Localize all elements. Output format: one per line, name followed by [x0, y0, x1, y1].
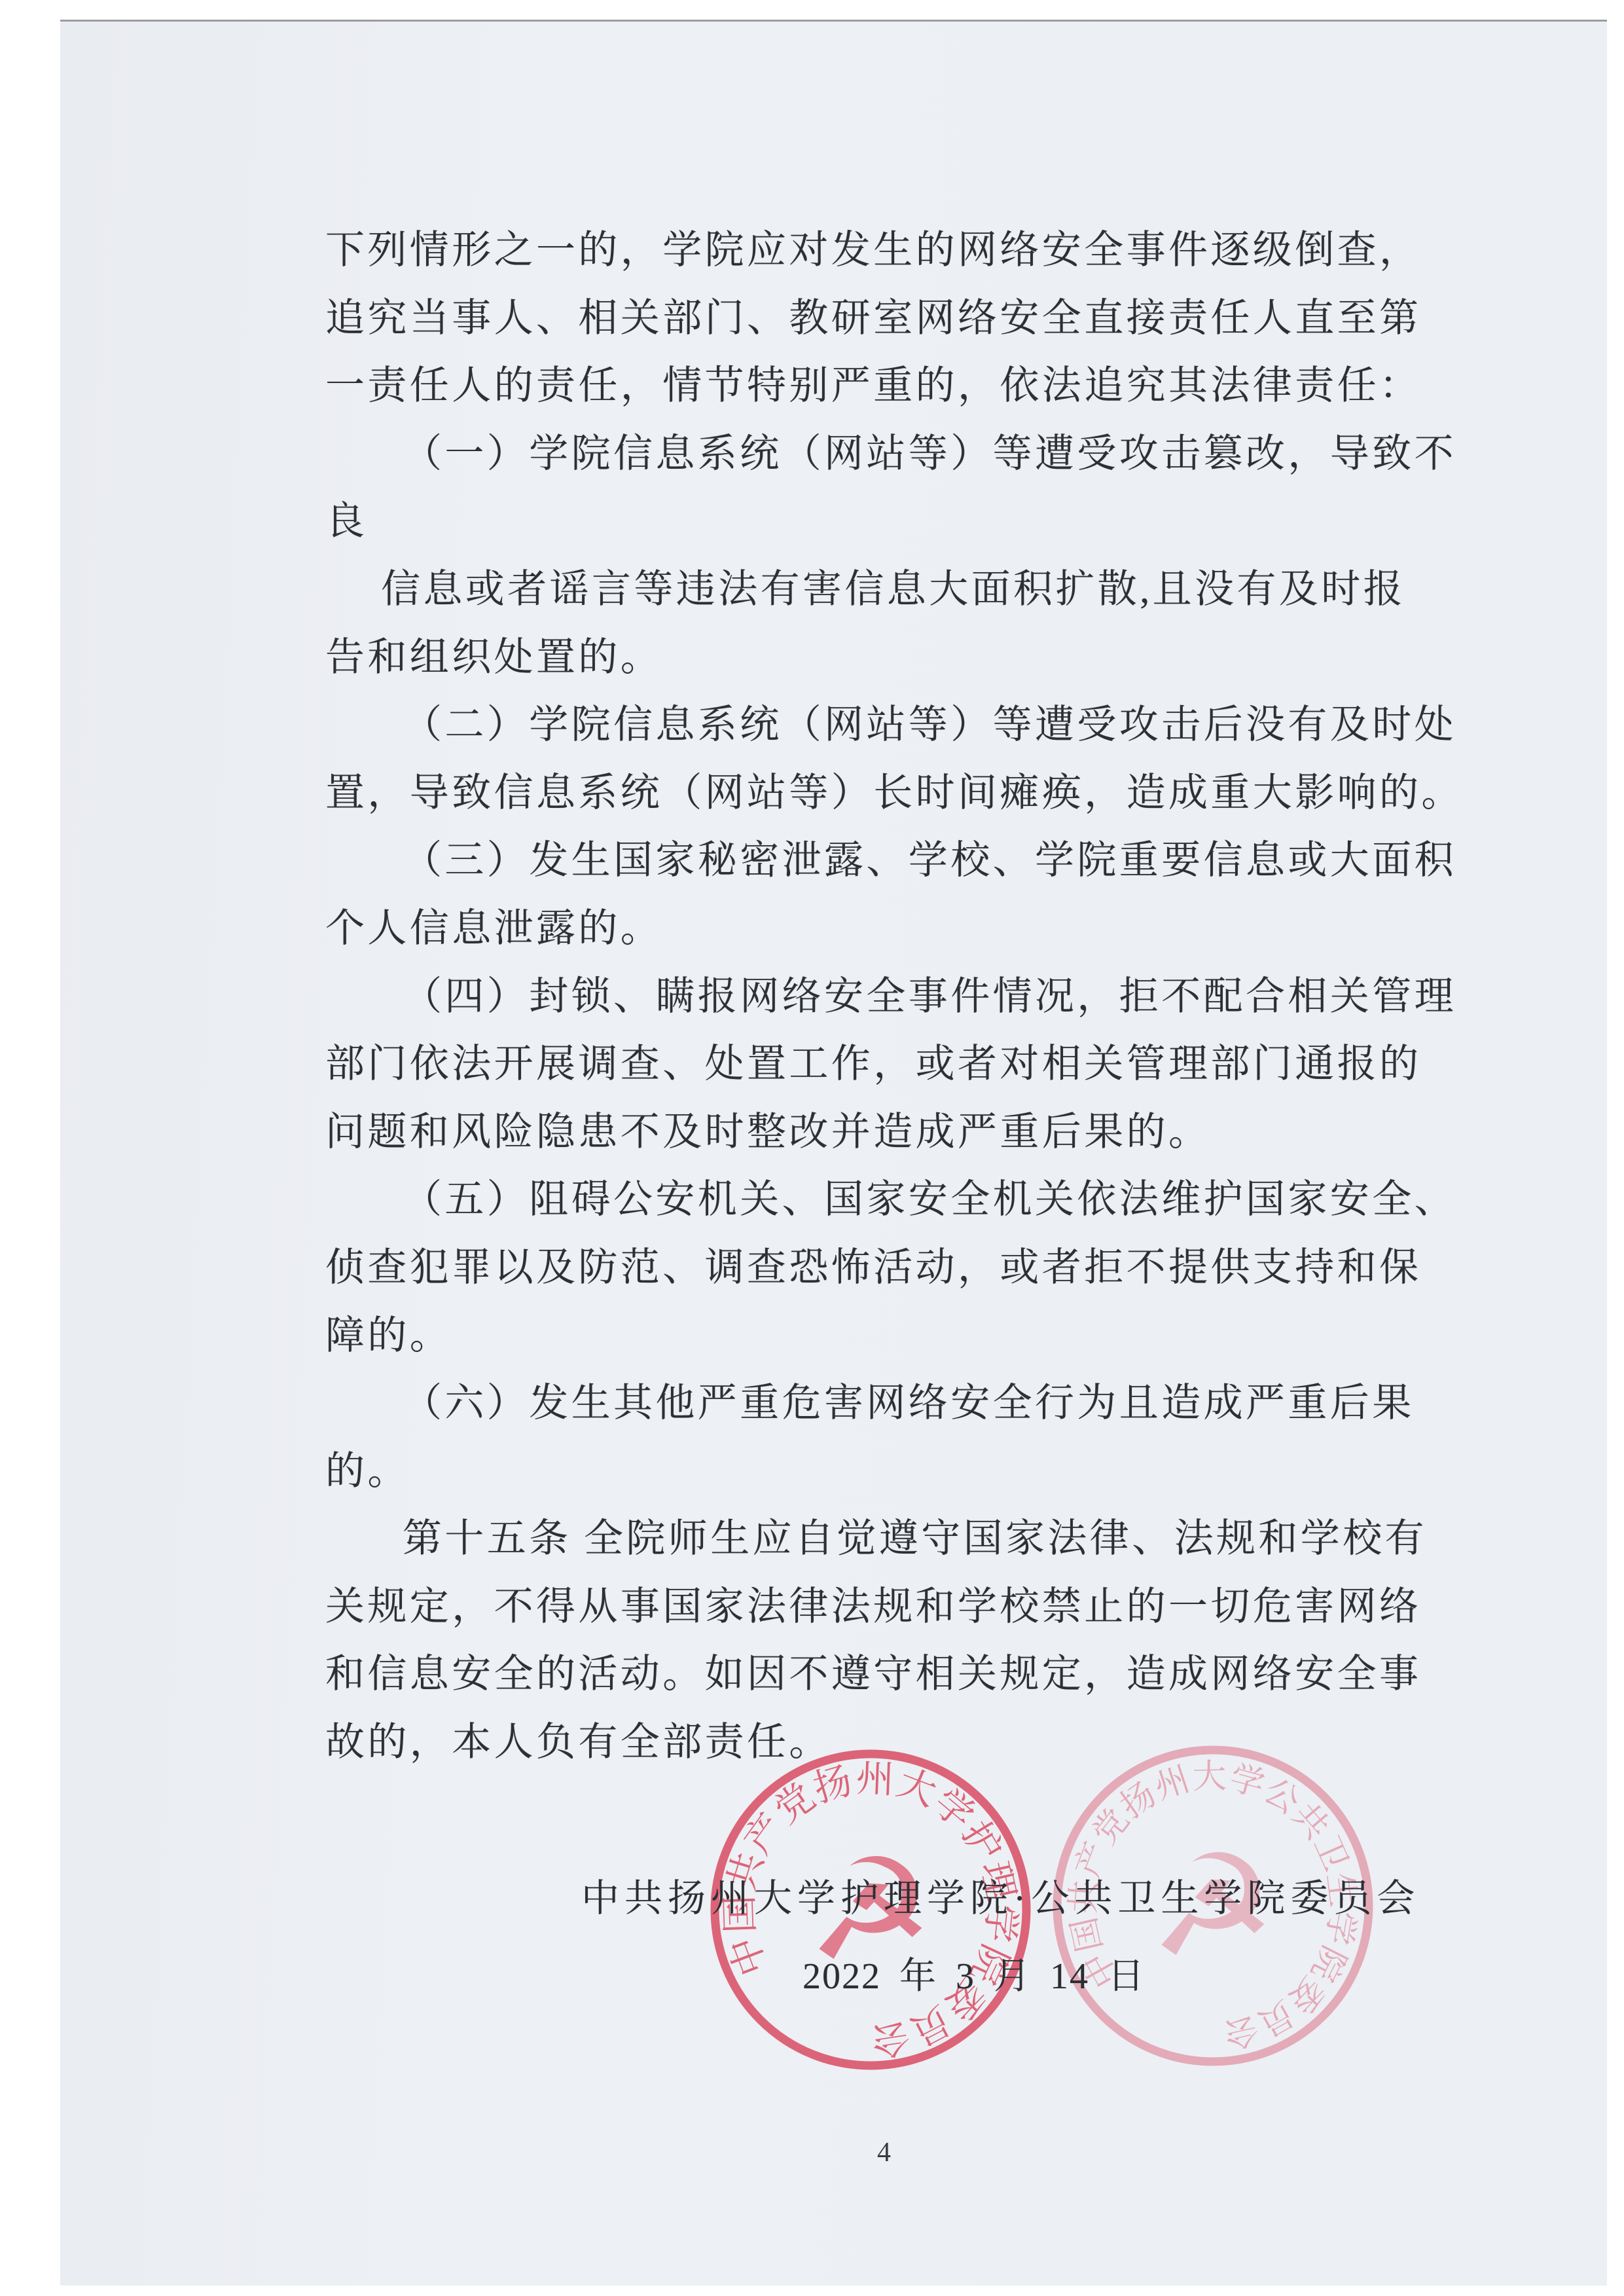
body-line: 问题和风险隐患不及时整改并造成严重后果的。: [325, 1099, 1504, 1167]
body-line: 置，导致信息系统（网站等）长时间瘫痪，造成重大影响的。: [325, 759, 1504, 828]
body-line: 侦查犯罪以及防范、调查恐怖活动，或者拒不提供支持和保: [325, 1234, 1504, 1302]
body-line: 和信息安全的活动。如因不遵守相关规定，造成网络安全事: [325, 1641, 1504, 1709]
body-line: （三）发生国家秘密泄露、学校、学院重要信息或大面积: [325, 827, 1504, 895]
body-line: 下列情形之一的，学院应对发生的网络安全事件逐级倒查，: [325, 217, 1504, 285]
committee-signature: 中共扬州大学护理学院·公共卫生学院委员会: [581, 1878, 1420, 1920]
body-line: （一）学院信息系统（网站等）等遭受攻击篡改，导致不: [325, 420, 1504, 488]
body-line: 追究当事人、相关部门、教研室网络安全直接责任人直至第: [325, 285, 1504, 353]
scanned-document: 中国共产党扬州大学护理学院委员会 ☭ 中国共产党扬州大学公共卫生学院委员会 ☭ …: [0, 0, 1624, 2296]
body-line: 告和组织处置的。: [325, 624, 1504, 692]
body-line: 障的。: [325, 1302, 1504, 1370]
page-number: 4: [877, 2137, 891, 2168]
body-line: 的。: [325, 1438, 1504, 1506]
body-line: 第十五条 全院师生应自觉遵守国家法律、法规和学校有: [325, 1505, 1504, 1573]
body-line: 关规定，不得从事国家法律法规和学校禁止的一切危害网络: [325, 1573, 1504, 1641]
body-line: 良: [325, 488, 1504, 556]
body-line: 一责任人的责任，情节特别严重的，依法追究其法律责任：: [325, 352, 1504, 420]
body-text: 下列情形之一的，学院应对发生的网络安全事件逐级倒查，追究当事人、相关部门、教研室…: [325, 217, 1504, 1777]
body-line: 个人信息泄露的。: [325, 895, 1504, 963]
body-line: （五）阻碍公安机关、国家安全机关依法维护国家安全、: [325, 1166, 1504, 1234]
body-line: 部门依法开展调查、处置工作，或者对相关管理部门通报的: [325, 1030, 1504, 1099]
signature-date: 2022 年 3 月 14 日: [803, 1956, 1146, 1997]
body-line: （二）学院信息系统（网站等）等遭受攻击后没有及时处: [325, 691, 1504, 759]
body-line: （四）封锁、瞒报网络安全事件情况，拒不配合相关管理: [325, 963, 1504, 1031]
body-line: （六）发生其他严重危害网络安全行为且造成严重后果: [325, 1370, 1504, 1438]
body-line: 信息或者谣言等违法有害信息大面积扩散,且没有及时报: [325, 556, 1504, 624]
